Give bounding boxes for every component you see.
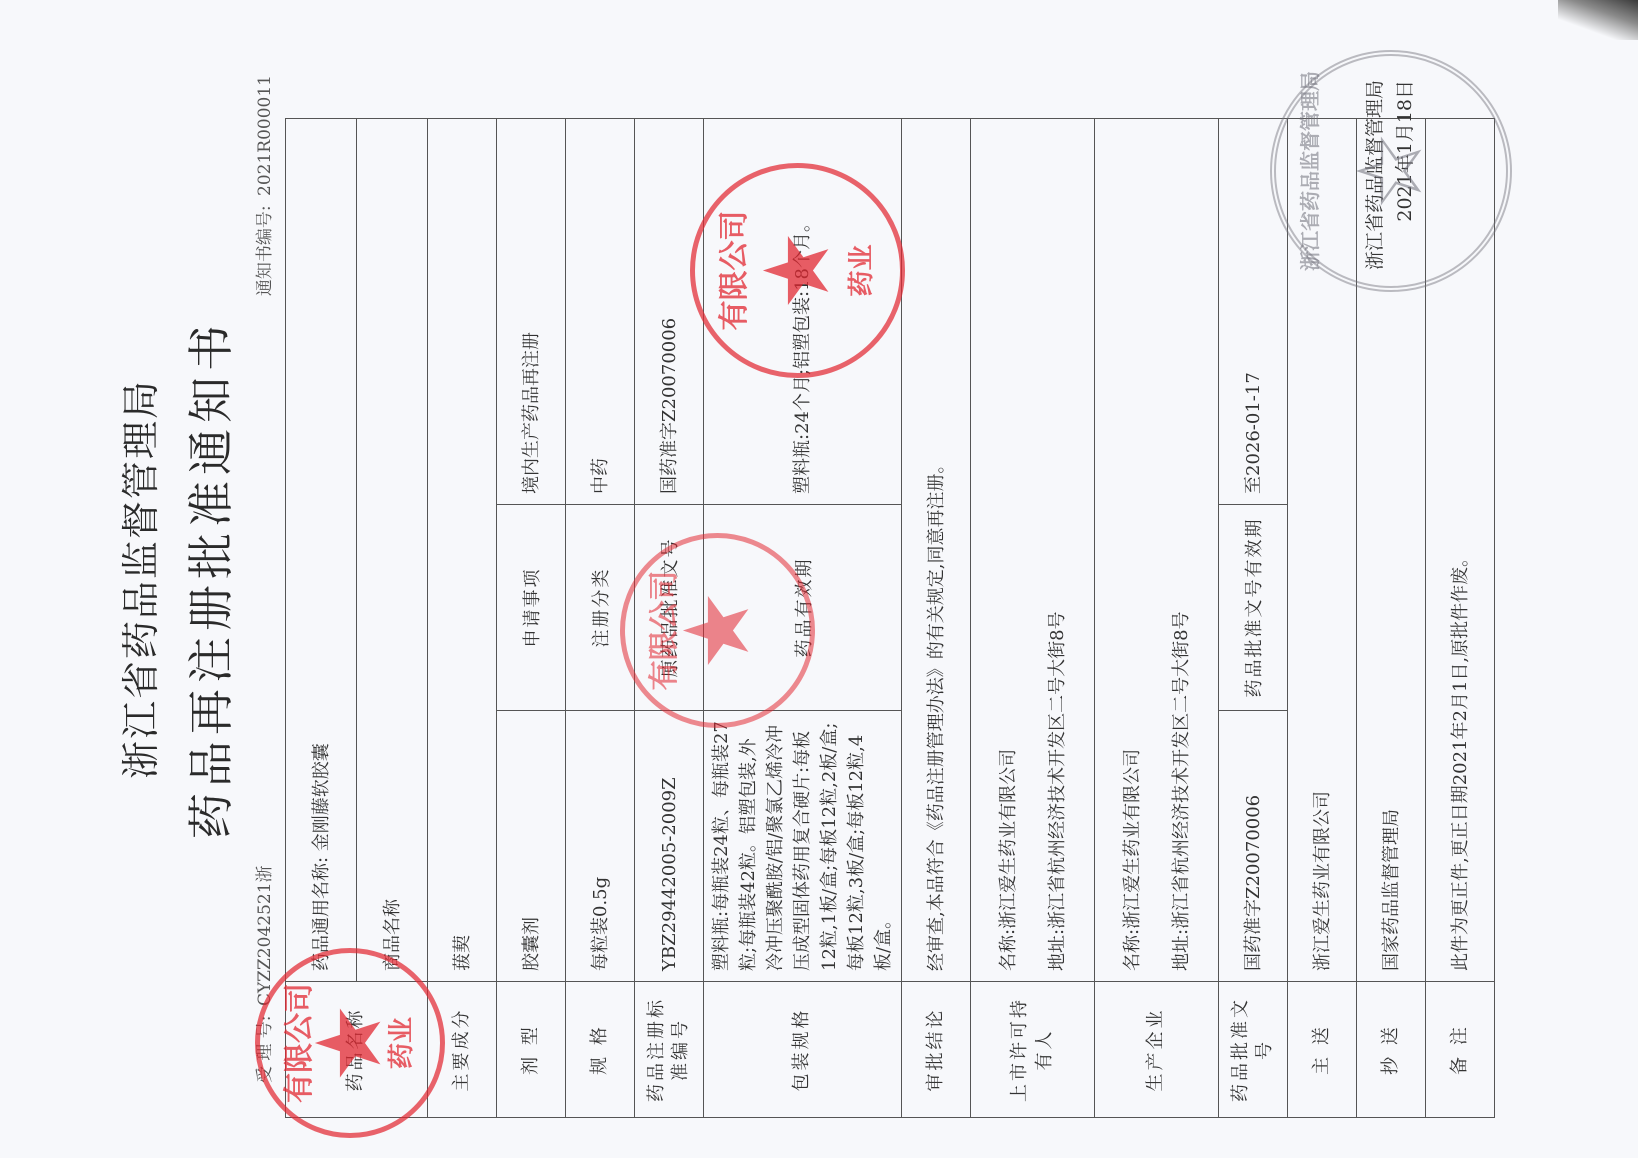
manufacturer-label: 生产企业	[1095, 982, 1219, 1118]
shelf-life-label: 药品有效期	[704, 505, 902, 711]
drug-name-label: 药品名称	[286, 982, 428, 1118]
mah-address: 地址:浙江省杭州经济技术开发区二号大街8号	[1044, 129, 1071, 971]
manufacturer-address-value: 浙江省杭州经济技术开发区二号大街8号	[1171, 611, 1192, 928]
notice-label: 通知书编号:	[255, 205, 275, 296]
original-approval-label: 原药品批准文号	[635, 505, 704, 711]
registration-class-value: 中药	[566, 119, 635, 505]
approval-table: 药品名称 药品通用名称: 金刚藤软胶囊 商品名称 主要成分 菝葜 剂 型 胶囊剂…	[285, 118, 1495, 1118]
table-row: 上市许可持有人 名称:浙江爱生药业有限公司 地址:浙江省杭州经济技术开发区二号大…	[971, 119, 1095, 1118]
table-row: 生产企业 名称:浙江爱生药业有限公司 地址:浙江省杭州经济技术开发区二号大街8号	[1095, 119, 1219, 1118]
main-ingredient-value: 菝葜	[428, 119, 497, 982]
manufacturer-address-label: 地址:	[1171, 929, 1192, 971]
application-item-value: 境内生产药品再注册	[497, 119, 566, 505]
document-page: 浙江省药品监督管理局 药品再注册批准通知书 受 理 号: CYZZ2042521…	[0, 0, 1638, 1158]
acceptance-value: CYZZ2042521浙	[255, 865, 275, 1006]
approval-validity-label: 药品批准文号有效期	[1219, 505, 1288, 711]
signature-date: 2021年1月18日	[1390, 80, 1420, 270]
document-title: 药品再注册批准通知书	[175, 0, 241, 1158]
registration-class-label: 注册分类	[566, 505, 635, 711]
approval-no-value: 国药准字Z20070006	[1219, 711, 1288, 982]
standard-no-label: 药品注册标准编号	[635, 982, 704, 1118]
notice-number: 通知书编号: 2021R000011	[250, 75, 275, 296]
meta-row: 受 理 号: CYZZ2042521浙 通知书编号: 2021R000011	[250, 75, 275, 1083]
table-row: 药品批准文号 国药准字Z20070006 药品批准文号有效期 至2026-01-…	[1219, 119, 1288, 1118]
manufacturer-name: 名称:浙江爱生药业有限公司	[1119, 129, 1146, 971]
table-row: 包装规格 塑料瓶:每瓶装24粒、每瓶装27粒;每瓶装42粒。铝塑包装,外冷冲压聚…	[704, 119, 902, 1118]
approval-no-label: 药品批准文号	[1219, 982, 1288, 1118]
dosage-form-label: 剂 型	[497, 982, 566, 1118]
table-row: 备 注 此件为更正件,更正日期2021年2月1日,原批件作废。	[1426, 119, 1495, 1118]
packaging-label: 包装规格	[704, 982, 902, 1118]
mah-label: 上市许可持有人	[971, 982, 1095, 1118]
manufacturer-name-label: 名称:	[1122, 929, 1143, 971]
table-row: 审批结论 经审查,本品符合《药品注册管理办法》的有关规定,同意再注册。	[902, 119, 971, 1118]
conclusion-value: 经审查,本品符合《药品注册管理办法》的有关规定,同意再注册。	[902, 119, 971, 982]
issuing-organization: 浙江省药品监督管理局	[110, 0, 165, 1158]
generic-name-value: 金刚藤软胶囊	[311, 743, 332, 851]
generic-name-cell: 药品通用名称: 金刚藤软胶囊	[286, 119, 357, 982]
original-approval-value: 国药准字Z20070006	[635, 119, 704, 505]
table-row: 药品注册标准编号 YBZ29442005-2009Z 原药品批准文号 国药准字Z…	[635, 119, 704, 1118]
table-row: 药品名称 药品通用名称: 金刚藤软胶囊	[286, 119, 357, 1118]
acceptance-number: 受 理 号: CYZZ2042521浙	[250, 865, 275, 1083]
mah-address-label: 地址:	[1047, 929, 1068, 971]
table-row: 主要成分 菝葜	[428, 119, 497, 1118]
trade-name-cell: 商品名称	[357, 119, 428, 982]
dosage-form-value: 胶囊剂	[497, 711, 566, 982]
table-row: 商品名称	[357, 119, 428, 1118]
cc-label: 抄 送	[1357, 982, 1426, 1118]
conclusion-label: 审批结论	[902, 982, 971, 1118]
manufacturer-name-value: 浙江爱生药业有限公司	[1122, 749, 1143, 929]
main-recipient-value: 浙江爱生药业有限公司	[1288, 119, 1357, 982]
remarks-label: 备 注	[1426, 982, 1495, 1118]
application-item-label: 申请事项	[497, 505, 566, 711]
main-recipient-label: 主 送	[1288, 982, 1357, 1118]
manufacturer-cell: 名称:浙江爱生药业有限公司 地址:浙江省杭州经济技术开发区二号大街8号	[1095, 119, 1219, 982]
mah-cell: 名称:浙江爱生药业有限公司 地址:浙江省杭州经济技术开发区二号大街8号	[971, 119, 1095, 982]
notice-value: 2021R000011	[255, 75, 275, 196]
manufacturer-address: 地址:浙江省杭州经济技术开发区二号大街8号	[1168, 129, 1195, 971]
table-row: 剂 型 胶囊剂 申请事项 境内生产药品再注册	[497, 119, 566, 1118]
mah-address-value: 浙江省杭州经济技术开发区二号大街8号	[1047, 611, 1068, 928]
spec-label: 规 格	[566, 982, 635, 1118]
signature-block: 浙江省药品监督管理局 2021年1月18日	[1360, 80, 1421, 270]
signature-issuer: 浙江省药品监督管理局	[1360, 80, 1390, 270]
approval-validity-value: 至2026-01-17	[1219, 119, 1288, 505]
main-ingredient-label: 主要成分	[428, 982, 497, 1118]
generic-name-label: 药品通用名称:	[311, 857, 332, 971]
acceptance-label: 受 理 号:	[255, 1015, 275, 1083]
standard-no-value: YBZ29442005-2009Z	[635, 711, 704, 982]
spec-value: 每粒装0.5g	[566, 711, 635, 982]
shelf-life-value: 塑料瓶:24个月;铝塑包装:18个月。	[704, 119, 902, 505]
mah-name-label: 名称:	[998, 929, 1019, 971]
remarks-value: 此件为更正件,更正日期2021年2月1日,原批件作废。	[1426, 119, 1495, 982]
mah-name-value: 浙江爱生药业有限公司	[998, 749, 1019, 929]
packaging-value: 塑料瓶:每瓶装24粒、每瓶装27粒;每瓶装42粒。铝塑包装,外冷冲压聚酰胺/铝/…	[704, 711, 902, 982]
mah-name: 名称:浙江爱生药业有限公司	[995, 129, 1022, 971]
trade-name-label: 商品名称	[382, 899, 403, 971]
table-row: 规 格 每粒装0.5g 注册分类 中药	[566, 119, 635, 1118]
table-row: 主 送 浙江爱生药业有限公司	[1288, 119, 1357, 1118]
